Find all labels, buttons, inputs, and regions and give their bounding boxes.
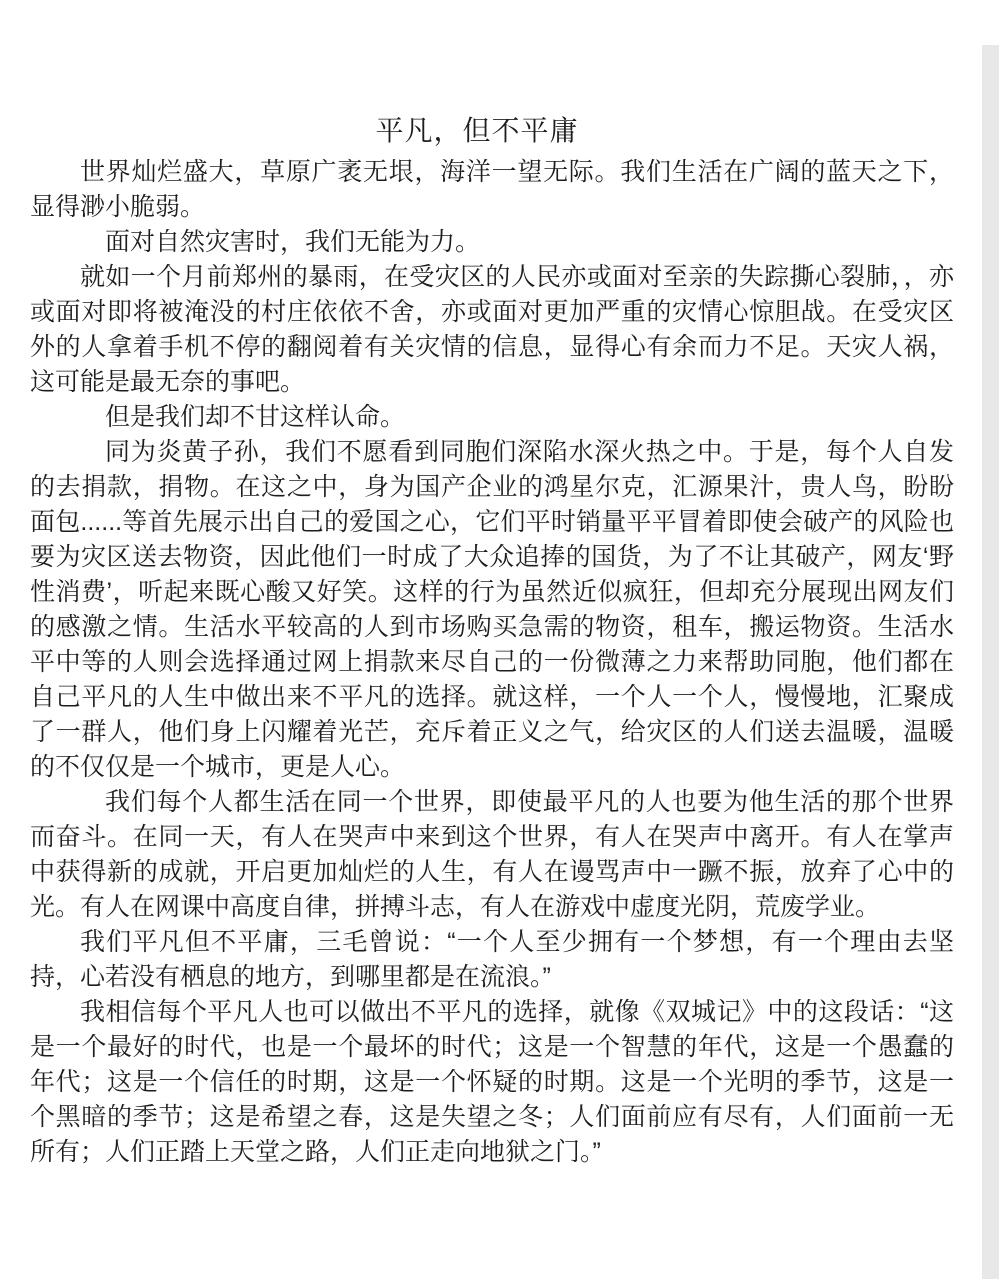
- essay-paragraph: 面对自然灾害时，我们无能为力。: [30, 225, 954, 260]
- essay-paragraph: 我们平凡但不平庸，三毛曾说：“一个人至少拥有一个梦想，有一个理由去坚持，心若没有…: [30, 925, 954, 995]
- essay-paragraph: 但是我们却不甘这样认命。: [30, 400, 954, 435]
- scan-edge-strip: [982, 45, 999, 1279]
- essay-body: 世界灿烂盛大，草原广袤无垠，海洋一望无际。我们生活在广阔的蓝天之下，显得渺小脆弱…: [0, 155, 954, 1170]
- essay-paragraph: 就如一个月前郑州的暴雨，在受灾区的人民亦或面对至亲的失踪撕心裂肺，，亦或面对即将…: [30, 260, 954, 400]
- essay-paragraph: 世界灿烂盛大，草原广袤无垠，海洋一望无际。我们生活在广阔的蓝天之下，显得渺小脆弱…: [30, 155, 954, 225]
- essay-paragraph: 我相信每个平凡人也可以做出不平凡的选择，就像《双城记》中的这段话：“这是一个最好…: [30, 995, 954, 1170]
- essay-title: 平凡，但不平庸: [0, 0, 954, 150]
- essay-paragraph: 我们每个人都生活在同一个世界，即使最平凡的人也要为他生活的那个世界而奋斗。在同一…: [30, 785, 954, 925]
- document-page: 平凡，但不平庸 世界灿烂盛大，草原广袤无垠，海洋一望无际。我们生活在广阔的蓝天之…: [0, 0, 999, 1279]
- essay-paragraph: 同为炎黄子孙，我们不愿看到同胞们深陷水深火热之中。于是，每个人自发的去捐款，捐物…: [30, 435, 954, 785]
